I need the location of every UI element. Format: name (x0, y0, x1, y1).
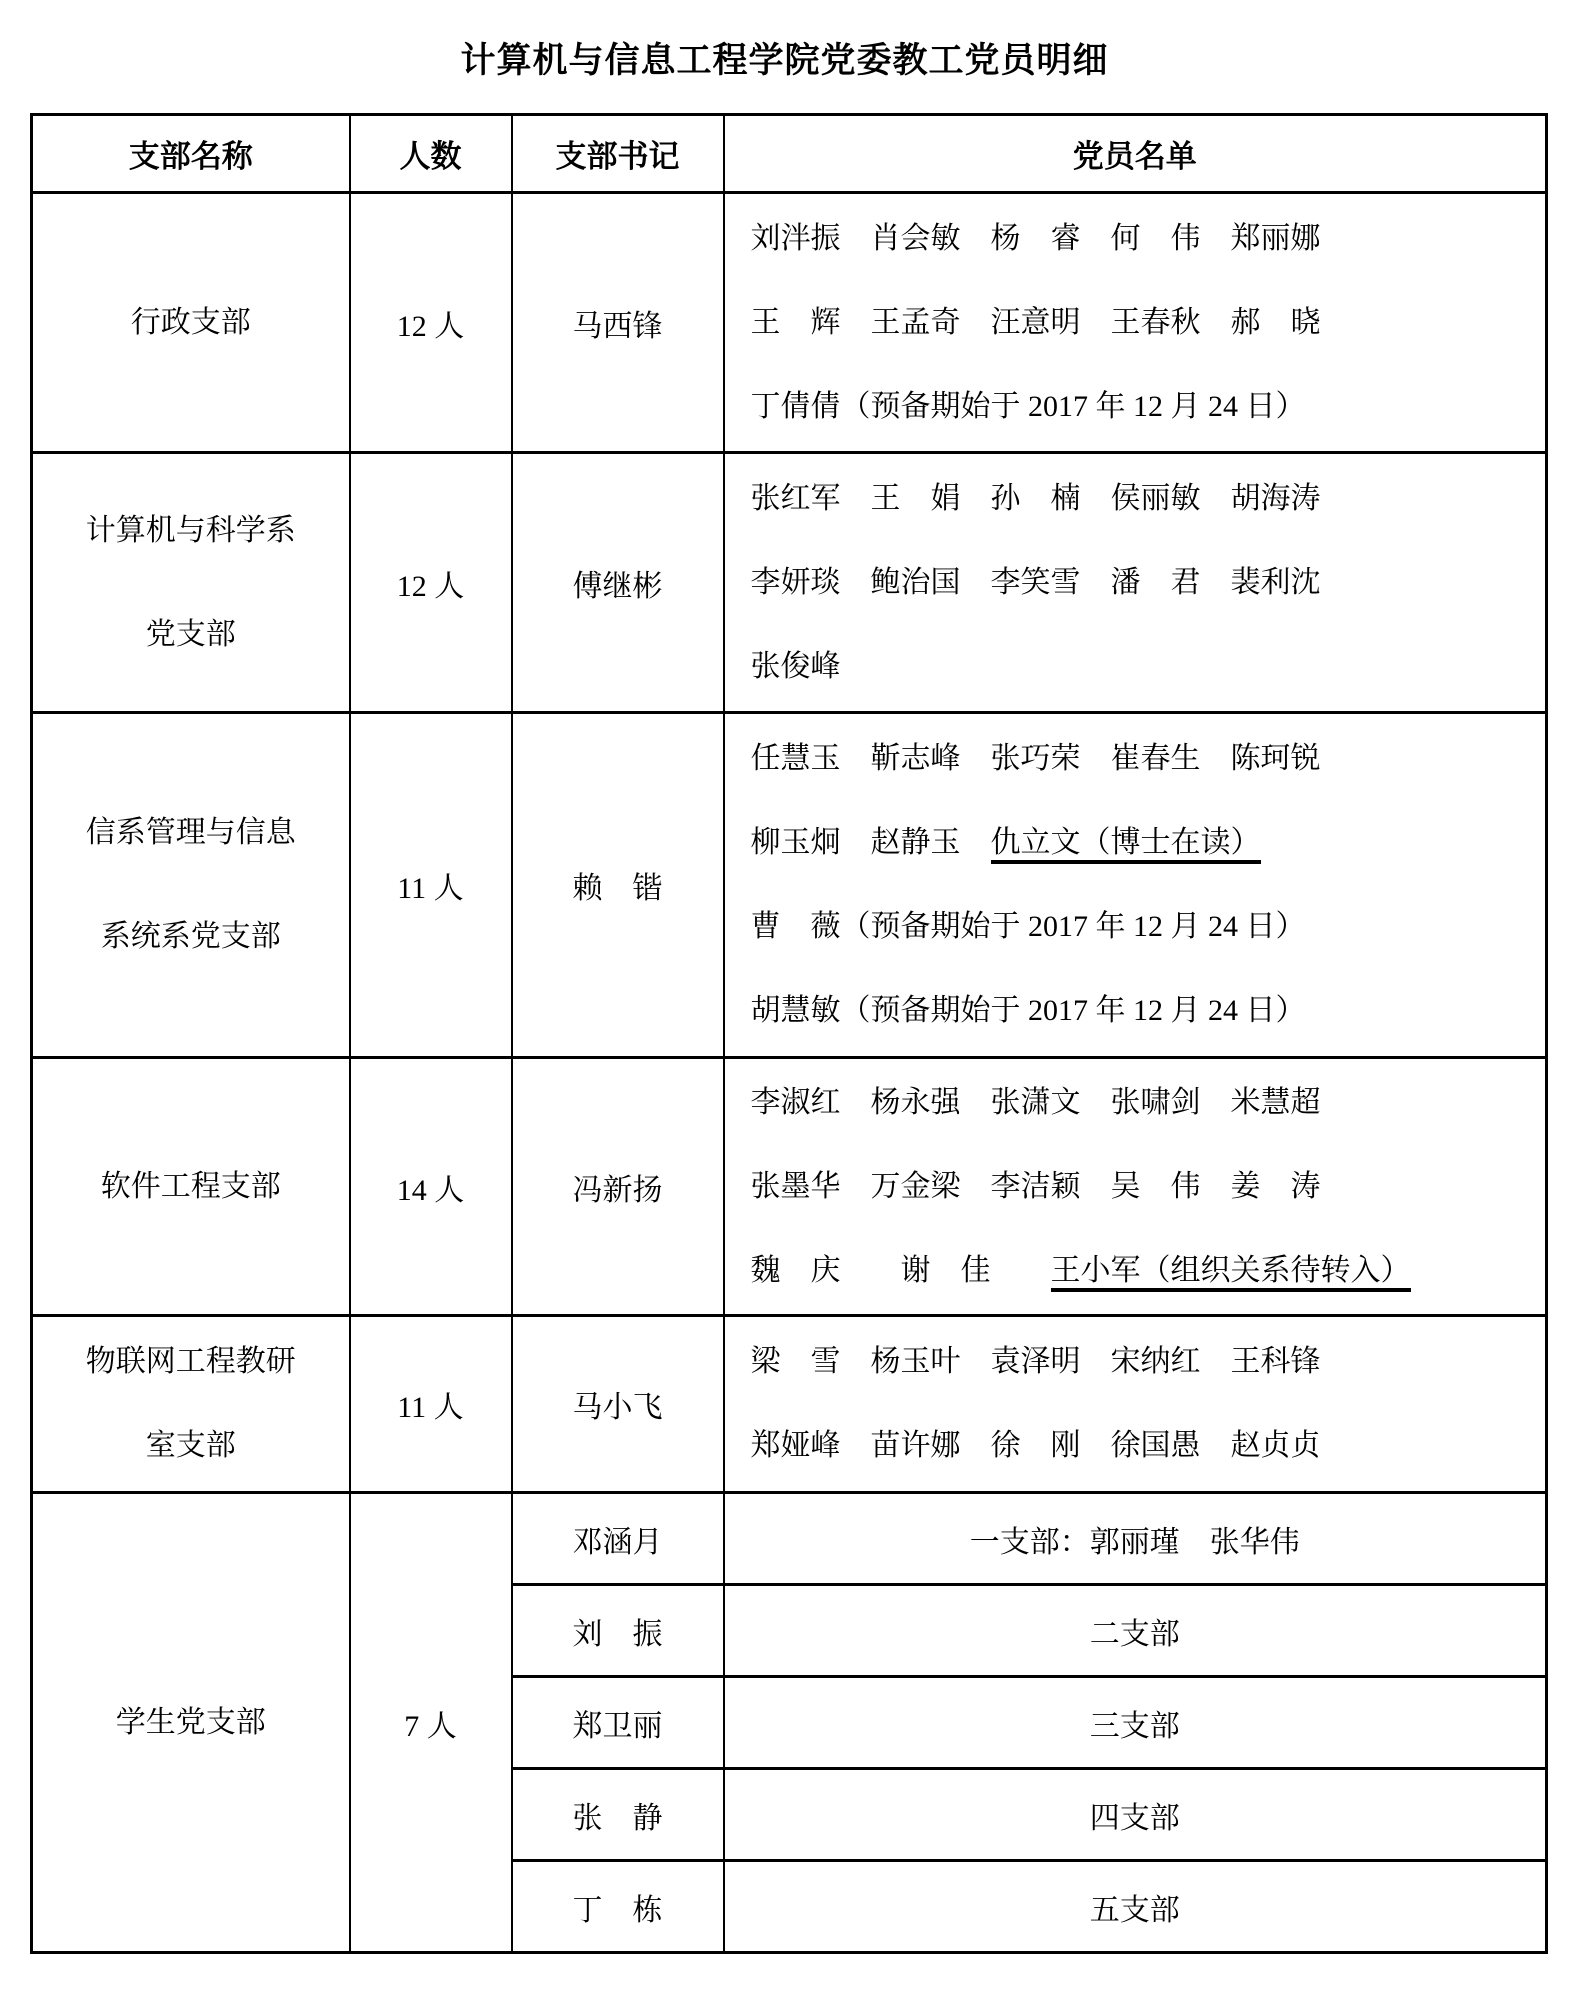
secretary-name: 傅继彬 (512, 453, 724, 713)
member-list-cell: 梁 雪 杨玉叶 袁泽明 宋纳红 王科锋 郑娅峰 苗许娜 徐 刚 徐国愚 赵贞贞 (724, 1316, 1547, 1493)
member-names: 柳玉炯 赵静玉 (751, 826, 991, 859)
secretary-name: 马西锋 (512, 193, 724, 453)
branch-name-cell: 软件工程支部 (32, 1058, 350, 1316)
sub-branch-members: 一支部：郭丽瑾 张华伟 (724, 1493, 1547, 1585)
header-row: 支部名称 人数 支部书记 党员名单 (32, 115, 1547, 193)
branch-name-cell: 学生党支部 (32, 1493, 350, 1953)
member-names: 李妍琰 鲍治国 李笑雪 潘 君 裴利沈 (751, 566, 1321, 599)
member-line: 曹 薇（预备期始于 2017 年 12 月 24 日） (751, 907, 1546, 947)
branch-name-line: 信系管理与信息 (33, 781, 349, 885)
table-row-admin: 行政支部 12 人 马西锋 刘泮振 肖会敏 杨 睿 何 伟 郑丽娜 王 辉 王孟… (32, 193, 1547, 453)
member-names: 张红军 王 娟 孙 楠 侯丽敏 胡海涛 (751, 482, 1321, 515)
member-names: 胡慧敏（预备期始于 2017 年 12 月 24 日） (751, 994, 1306, 1027)
sub-branch-members: 四支部 (724, 1769, 1547, 1861)
member-count: 11 人 (350, 713, 512, 1058)
sub-branch-members: 五支部 (724, 1861, 1547, 1953)
branch-name-cell: 信系管理与信息 系统系党支部 (32, 713, 350, 1058)
secretary-name: 丁 栋 (512, 1861, 724, 1953)
member-line: 梁 雪 杨玉叶 袁泽明 宋纳红 王科锋 (751, 1342, 1546, 1382)
member-line: 张红军 王 娟 孙 楠 侯丽敏 胡海涛 (751, 479, 1546, 519)
header-member-list: 党员名单 (724, 115, 1547, 193)
member-list-cell: 张红军 王 娟 孙 楠 侯丽敏 胡海涛 李妍琰 鲍治国 李笑雪 潘 君 裴利沈 … (724, 453, 1547, 713)
branch-name-line: 计算机与科学系 (33, 479, 349, 583)
table-row-se: 软件工程支部 14 人 冯新扬 李淑红 杨永强 张潇文 张啸剑 米慧超 张墨华 … (32, 1058, 1547, 1316)
member-line: 郑娅峰 苗许娜 徐 刚 徐国愚 赵贞贞 (751, 1426, 1546, 1466)
member-names: 丁倩倩（预备期始于 2017 年 12 月 24 日） (751, 390, 1306, 423)
header-secretary: 支部书记 (512, 115, 724, 193)
header-count: 人数 (350, 115, 512, 193)
secretary-name: 郑卫丽 (512, 1677, 724, 1769)
secretary-name: 张 静 (512, 1769, 724, 1861)
branch-name-line: 系统系党支部 (33, 885, 349, 989)
member-line: 任慧玉 靳志峰 张巧荣 崔春生 陈珂锐 (751, 739, 1546, 779)
secretary-name: 邓涵月 (512, 1493, 724, 1585)
table-row-is: 信系管理与信息 系统系党支部 11 人 赖 锴 任慧玉 靳志峰 张巧荣 崔春生 … (32, 713, 1547, 1058)
branch-name-line: 学生党支部 (33, 1671, 349, 1775)
member-list-cell: 刘泮振 肖会敏 杨 睿 何 伟 郑丽娜 王 辉 王孟奇 汪意明 王春秋 郝 晓 … (724, 193, 1547, 453)
member-list: 梁 雪 杨玉叶 袁泽明 宋纳红 王科锋 郑娅峰 苗许娜 徐 刚 徐国愚 赵贞贞 (725, 1320, 1546, 1489)
sub-branch-members: 三支部 (724, 1677, 1547, 1769)
member-list-cell: 李淑红 杨永强 张潇文 张啸剑 米慧超 张墨华 万金梁 李洁颖 吴 伟 姜 涛 … (724, 1058, 1547, 1316)
member-line: 魏 庆 谢 佳 王小军（组织关系待转入） (751, 1251, 1546, 1291)
member-names: 魏 庆 谢 佳 (751, 1254, 1051, 1287)
branch-name-line: 室支部 (33, 1404, 349, 1488)
secretary-name: 冯新扬 (512, 1058, 724, 1316)
branch-name-line: 软件工程支部 (33, 1135, 349, 1239)
underlined-note: 仇立文（博士在读） (991, 826, 1261, 864)
member-list: 刘泮振 肖会敏 杨 睿 何 伟 郑丽娜 王 辉 王孟奇 汪意明 王春秋 郝 晓 … (725, 197, 1546, 449)
underlined-note: 王小军（组织关系待转入） (1051, 1254, 1411, 1292)
document-page: 计算机与信息工程学院党委教工党员明细 支部名称 人数 支部书记 党员名单 行政支… (0, 0, 1569, 1996)
table-row-student-1: 学生党支部 7 人 邓涵月 一支部：郭丽瑾 张华伟 (32, 1493, 1547, 1585)
member-line: 丁倩倩（预备期始于 2017 年 12 月 24 日） (751, 387, 1546, 427)
member-names: 张俊峰 (751, 650, 841, 683)
member-line: 李淑红 杨永强 张潇文 张啸剑 米慧超 (751, 1083, 1546, 1123)
member-line: 张墨华 万金梁 李洁颖 吴 伟 姜 涛 (751, 1167, 1546, 1207)
member-names: 李淑红 杨永强 张潇文 张啸剑 米慧超 (751, 1086, 1321, 1119)
member-list-cell: 任慧玉 靳志峰 张巧荣 崔春生 陈珂锐 柳玉炯 赵静玉 仇立文（博士在读） 曹 … (724, 713, 1547, 1058)
member-count: 12 人 (350, 193, 512, 453)
secretary-name: 刘 振 (512, 1585, 724, 1677)
branch-name-line: 党支部 (33, 583, 349, 687)
member-line: 胡慧敏（预备期始于 2017 年 12 月 24 日） (751, 991, 1546, 1031)
branch-name-line: 行政支部 (33, 271, 349, 375)
secretary-name: 马小飞 (512, 1316, 724, 1493)
branch-name-line: 物联网工程教研 (33, 1320, 349, 1404)
member-list: 张红军 王 娟 孙 楠 侯丽敏 胡海涛 李妍琰 鲍治国 李笑雪 潘 君 裴利沈 … (725, 457, 1546, 709)
member-count: 11 人 (350, 1316, 512, 1493)
header-branch-name: 支部名称 (32, 115, 350, 193)
member-count: 14 人 (350, 1058, 512, 1316)
member-line: 王 辉 王孟奇 汪意明 王春秋 郝 晓 (751, 303, 1546, 343)
member-names: 曹 薇（预备期始于 2017 年 12 月 24 日） (751, 910, 1306, 943)
branch-name-cell: 物联网工程教研 室支部 (32, 1316, 350, 1493)
member-count: 7 人 (350, 1493, 512, 1953)
member-names: 刘泮振 肖会敏 杨 睿 何 伟 郑丽娜 (751, 222, 1321, 255)
table-row-cs: 计算机与科学系 党支部 12 人 傅继彬 张红军 王 娟 孙 楠 侯丽敏 胡海涛… (32, 453, 1547, 713)
table-row-iot: 物联网工程教研 室支部 11 人 马小飞 梁 雪 杨玉叶 袁泽明 宋纳红 王科锋… (32, 1316, 1547, 1493)
member-names: 王 辉 王孟奇 汪意明 王春秋 郝 晓 (751, 306, 1321, 339)
member-list: 任慧玉 靳志峰 张巧荣 崔春生 陈珂锐 柳玉炯 赵静玉 仇立文（博士在读） 曹 … (725, 717, 1546, 1054)
member-line: 刘泮振 肖会敏 杨 睿 何 伟 郑丽娜 (751, 219, 1546, 259)
sub-branch-members: 二支部 (724, 1585, 1547, 1677)
member-names: 郑娅峰 苗许娜 徐 刚 徐国愚 赵贞贞 (751, 1429, 1321, 1462)
secretary-name: 赖 锴 (512, 713, 724, 1058)
member-line: 柳玉炯 赵静玉 仇立文（博士在读） (751, 823, 1546, 863)
member-line: 张俊峰 (751, 647, 1546, 687)
member-line: 李妍琰 鲍治国 李笑雪 潘 君 裴利沈 (751, 563, 1546, 603)
member-list: 李淑红 杨永强 张潇文 张啸剑 米慧超 张墨华 万金梁 李洁颖 吴 伟 姜 涛 … (725, 1061, 1546, 1313)
member-count: 12 人 (350, 453, 512, 713)
branch-name-cell: 计算机与科学系 党支部 (32, 453, 350, 713)
member-names: 任慧玉 靳志峰 张巧荣 崔春生 陈珂锐 (751, 742, 1321, 775)
member-names: 张墨华 万金梁 李洁颖 吴 伟 姜 涛 (751, 1170, 1321, 1203)
member-names: 梁 雪 杨玉叶 袁泽明 宋纳红 王科锋 (751, 1345, 1321, 1378)
party-members-table: 支部名称 人数 支部书记 党员名单 行政支部 12 人 马西锋 刘泮振 肖会敏 … (30, 113, 1548, 1954)
document-title: 计算机与信息工程学院党委教工党员明细 (0, 0, 1569, 113)
branch-name-cell: 行政支部 (32, 193, 350, 453)
